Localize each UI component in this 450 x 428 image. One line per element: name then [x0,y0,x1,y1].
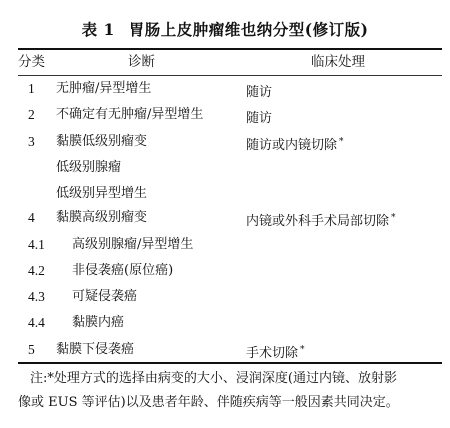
row-treatment: 随访 [246,107,274,127]
row-diagnosis: 低级别腺瘤 [56,160,121,176]
row-diagnosis: 黏膜内癌 [72,315,124,331]
table-title: 表 1胃肠上皮肿瘤维也纳分型(修订版) [0,20,450,40]
note-line-2: 像或 EUS 等评估)以及患者年龄、伴随疾病等一般因素共同决定。 [18,391,442,415]
row-treatment: 手术切除* [246,342,305,362]
header-treatment: 临床处理 [311,54,365,70]
header-category: 分类 [18,54,45,70]
table-note: 注:*处理方式的选择由病变的大小、浸润深度(通过内镜、放射影 像或 EUS 等评… [18,367,442,415]
row-number: 4.1 [28,237,45,253]
row-diagnosis: 可疑侵袭癌 [72,289,137,305]
row-diagnosis: 低级别异型增生 [56,186,147,202]
table-number: 表 1 [82,20,115,39]
row-number: 4.2 [28,263,45,279]
row-treatment: 随访或内镜切除* [246,134,344,154]
top-rule [18,48,442,50]
row-treatment: 内镜或外科手术局部切除* [246,210,396,230]
row-diagnosis: 高级别腺瘤/异型增生 [72,237,193,253]
row-number: 3 [28,134,35,150]
bottom-rule [18,362,442,364]
row-number: 4 [28,210,35,226]
note-line-1: 注:*处理方式的选择由病变的大小、浸润深度(通过内镜、放射影 [18,367,442,391]
header-diagnosis: 诊断 [128,54,155,70]
row-number: 2 [28,107,35,123]
row-diagnosis: 黏膜低级别瘤变 [56,134,147,150]
row-diagnosis: 非侵袭癌(原位癌) [72,263,173,279]
table-title-text: 胃肠上皮肿瘤维也纳分型(修订版) [129,20,369,39]
row-treatment: 随访 [246,81,274,101]
row-number: 4.4 [28,315,45,331]
row-diagnosis: 无肿瘤/异型增生 [56,81,151,97]
header-rule [18,75,442,76]
row-number: 4.3 [28,289,45,305]
row-diagnosis: 黏膜下侵袭癌 [56,342,134,358]
row-diagnosis: 不确定有无肿瘤/异型增生 [56,107,203,123]
row-number: 1 [28,81,35,97]
row-diagnosis: 黏膜高级别瘤变 [56,210,147,226]
row-number: 5 [28,342,35,358]
